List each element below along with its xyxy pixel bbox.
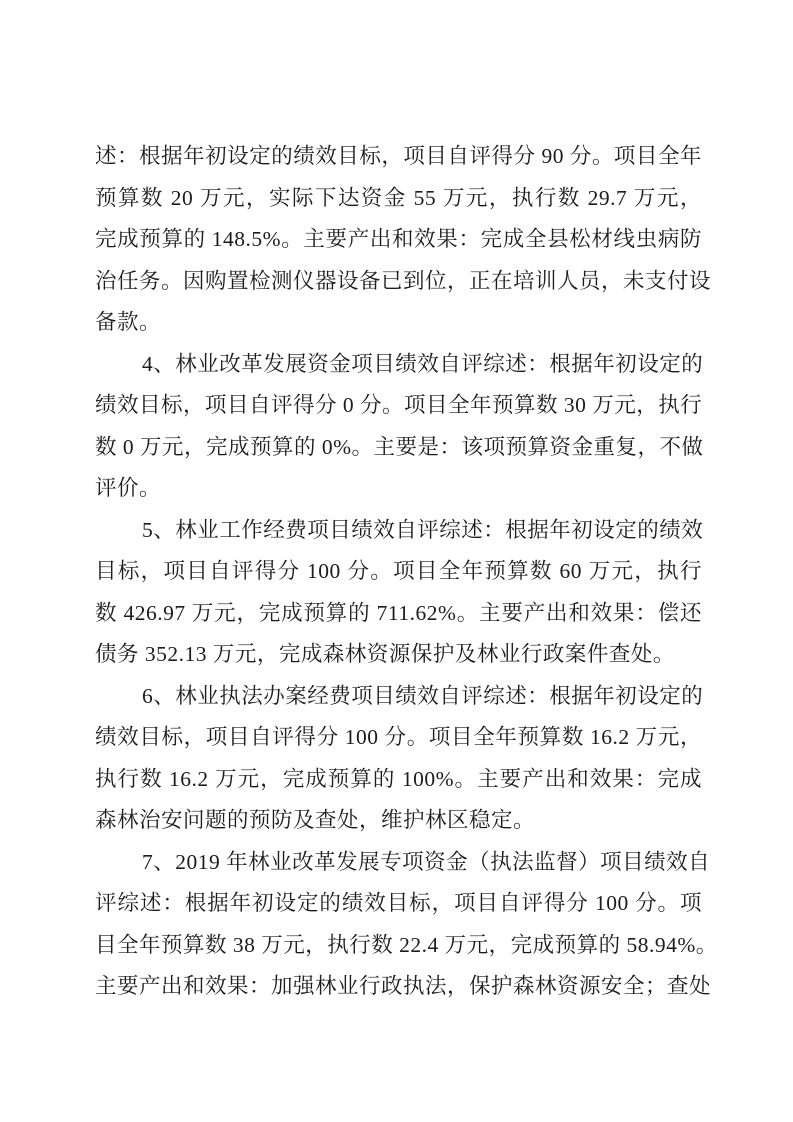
text-line: 目标，项目自评得分 100 分。项目全年预算数 60 万元，执行 xyxy=(95,551,702,593)
paragraph-item-4: 4、林业改革发展资金项目绩效自评综述：根据年初设定的 绩效目标，项目自评得分 0… xyxy=(95,344,702,510)
text-line: 7、2019 年林业改革发展专项资金（执法监督）项目绩效自 xyxy=(95,842,702,884)
paragraph-item-7: 7、2019 年林业改革发展专项资金（执法监督）项目绩效自 评综述：根据年初设定… xyxy=(95,842,702,1008)
text-line: 绩效目标，项目自评得分 0 分。项目全年预算数 30 万元，执行 xyxy=(95,385,702,427)
text-line: 森林治安问题的预防及查处，维护林区稳定。 xyxy=(95,800,702,842)
text-line: 评综述：根据年初设定的绩效目标，项目自评得分 100 分。项 xyxy=(95,883,702,925)
paragraph-continuation: 述：根据年初设定的绩效目标，项目自评得分 90 分。项目全年 预算数 20 万元… xyxy=(95,136,702,344)
text-line: 绩效目标，项目自评得分 100 分。项目全年预算数 16.2 万元， xyxy=(95,717,702,759)
text-line: 述：根据年初设定的绩效目标，项目自评得分 90 分。项目全年 xyxy=(95,136,702,178)
document-page: 述：根据年初设定的绩效目标，项目自评得分 90 分。项目全年 预算数 20 万元… xyxy=(0,0,793,1122)
text-line: 债务 352.13 万元，完成森林资源保护及林业行政案件查处。 xyxy=(95,634,702,676)
text-line: 数 426.97 万元，完成预算的 711.62%。主要产出和效果：偿还 xyxy=(95,593,702,635)
text-line: 4、林业改革发展资金项目绩效自评综述：根据年初设定的 xyxy=(95,344,702,386)
paragraph-item-5: 5、林业工作经费项目绩效自评综述：根据年初设定的绩效 目标，项目自评得分 100… xyxy=(95,510,702,676)
text-line: 5、林业工作经费项目绩效自评综述：根据年初设定的绩效 xyxy=(95,510,702,552)
text-line: 完成预算的 148.5%。主要产出和效果：完成全县松材线虫病防 xyxy=(95,219,702,261)
text-line: 备款。 xyxy=(95,302,702,344)
paragraph-item-6: 6、林业执法办案经费项目绩效自评综述：根据年初设定的 绩效目标，项目自评得分 1… xyxy=(95,676,702,842)
text-line: 6、林业执法办案经费项目绩效自评综述：根据年初设定的 xyxy=(95,676,702,718)
document-body: 述：根据年初设定的绩效目标，项目自评得分 90 分。项目全年 预算数 20 万元… xyxy=(95,136,702,1008)
text-line: 目全年预算数 38 万元，执行数 22.4 万元，完成预算的 58.94%。 xyxy=(95,925,702,967)
text-line: 主要产出和效果：加强林业行政执法，保护森林资源安全；查处 xyxy=(95,966,702,1008)
text-line: 治任务。因购置检测仪器设备已到位，正在培训人员，未支付设 xyxy=(95,261,702,303)
text-line: 预算数 20 万元，实际下达资金 55 万元，执行数 29.7 万元， xyxy=(95,178,702,220)
text-line: 执行数 16.2 万元，完成预算的 100%。主要产出和效果：完成 xyxy=(95,759,702,801)
text-line: 数 0 万元，完成预算的 0%。主要是：该项预算资金重复，不做 xyxy=(95,427,702,469)
text-line: 评价。 xyxy=(95,468,702,510)
